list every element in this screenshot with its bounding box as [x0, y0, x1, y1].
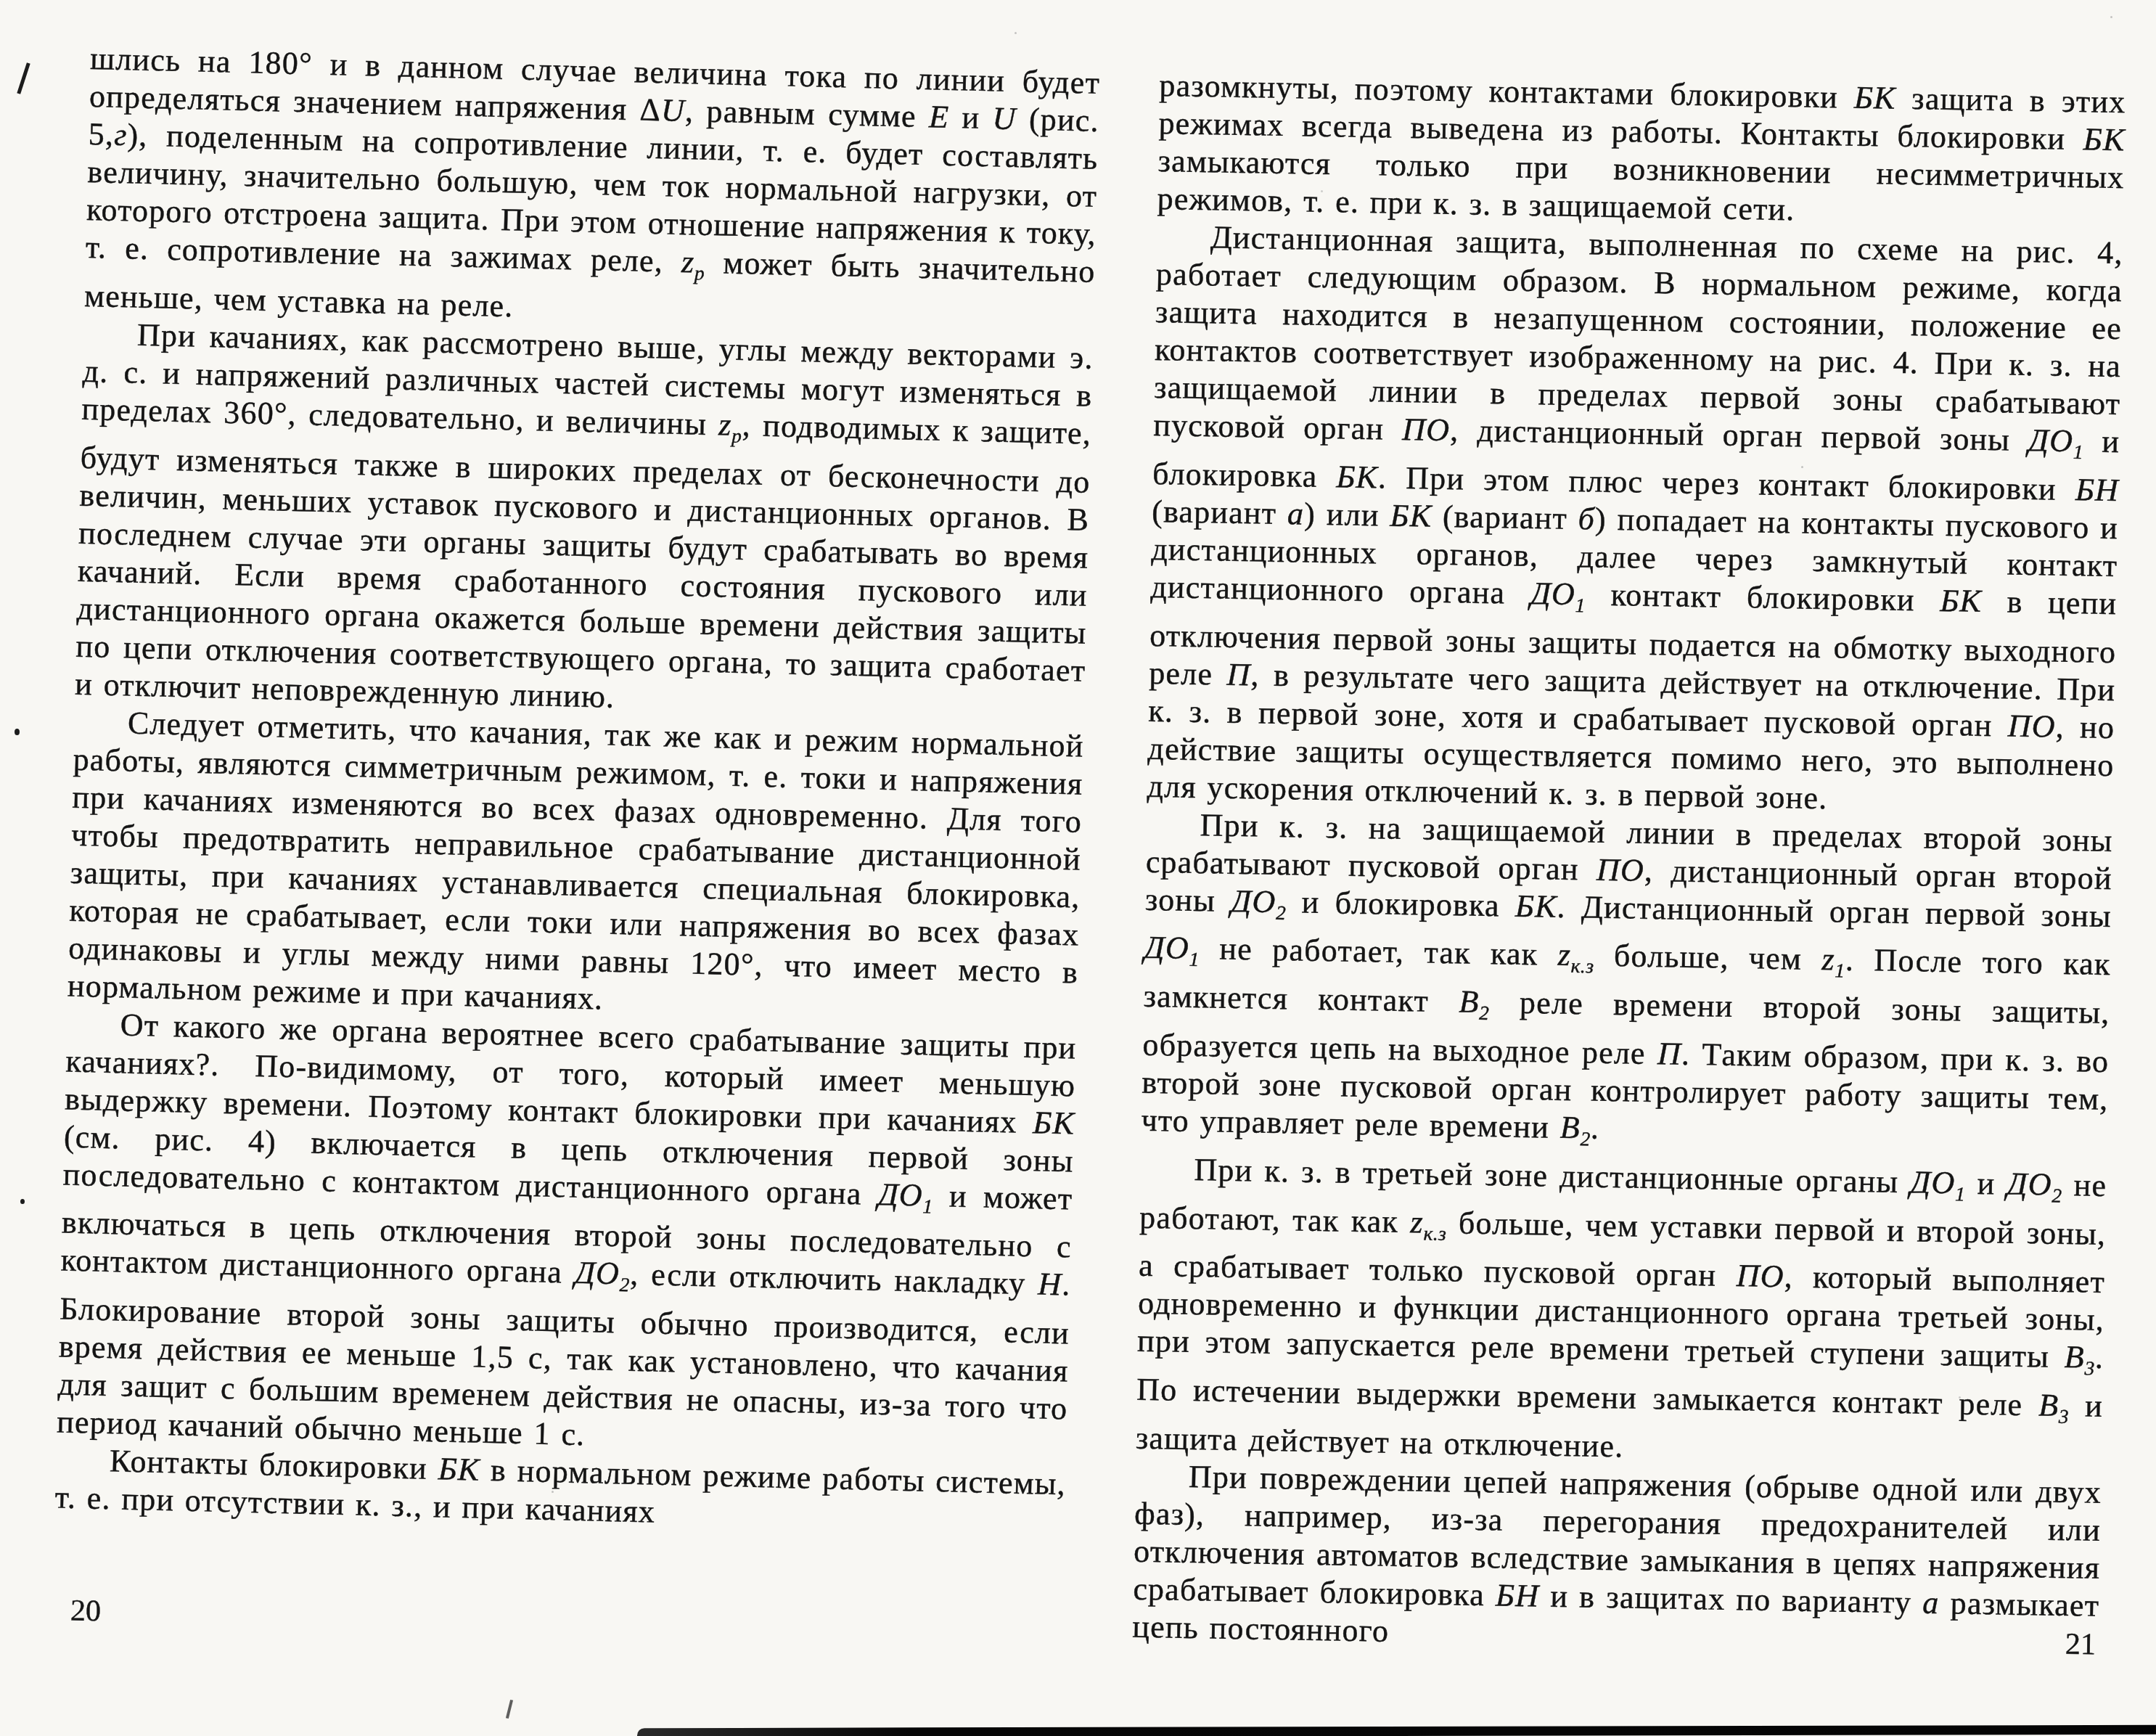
paragraph: При повреждении цепей напряжения (обрыве…	[1132, 1457, 2102, 1663]
paragraph: При к. з. в третьей зоне дистанционные о…	[1136, 1150, 2107, 1474]
paragraph: При к. з. на защищаемой линии в пределах…	[1141, 805, 2113, 1166]
paragraph: Следует отметить, что качания, так же ка…	[67, 703, 1085, 1029]
right-page: разомкнуты, поэтому контактами блокировк…	[1132, 67, 2126, 1663]
left-page: шлись на 180° и в данном случае величина…	[54, 40, 1100, 1541]
left-page-number: 20	[70, 1594, 102, 1629]
right-page-number: 21	[2065, 1627, 2096, 1663]
paragraph: шлись на 180° и в данном случае величина…	[84, 40, 1101, 340]
paragraph: При качаниях, как рассмотрено выше, углы…	[75, 315, 1094, 728]
right-page-text: разомкнуты, поэтому контактами блокировк…	[1132, 67, 2126, 1663]
paragraph: Дистанционная защита, выполненная по схе…	[1147, 218, 2123, 822]
left-page-text: шлись на 180° и в данном случае величина…	[54, 40, 1100, 1541]
scan-noise	[0, 0, 2, 2]
scan-speck	[17, 62, 30, 94]
paragraph: разомкнуты, поэтому контактами блокировк…	[1157, 67, 2126, 234]
book-spread: шлись на 180° и в данном случае величина…	[0, 0, 2156, 1736]
scan-edge-shadow	[637, 1725, 2156, 1736]
scan-speck	[506, 1700, 513, 1719]
paragraph: От какого же органа вероятнее всего сраб…	[57, 1004, 1077, 1465]
scan-speck	[20, 1199, 25, 1204]
scan-speck	[15, 729, 20, 735]
